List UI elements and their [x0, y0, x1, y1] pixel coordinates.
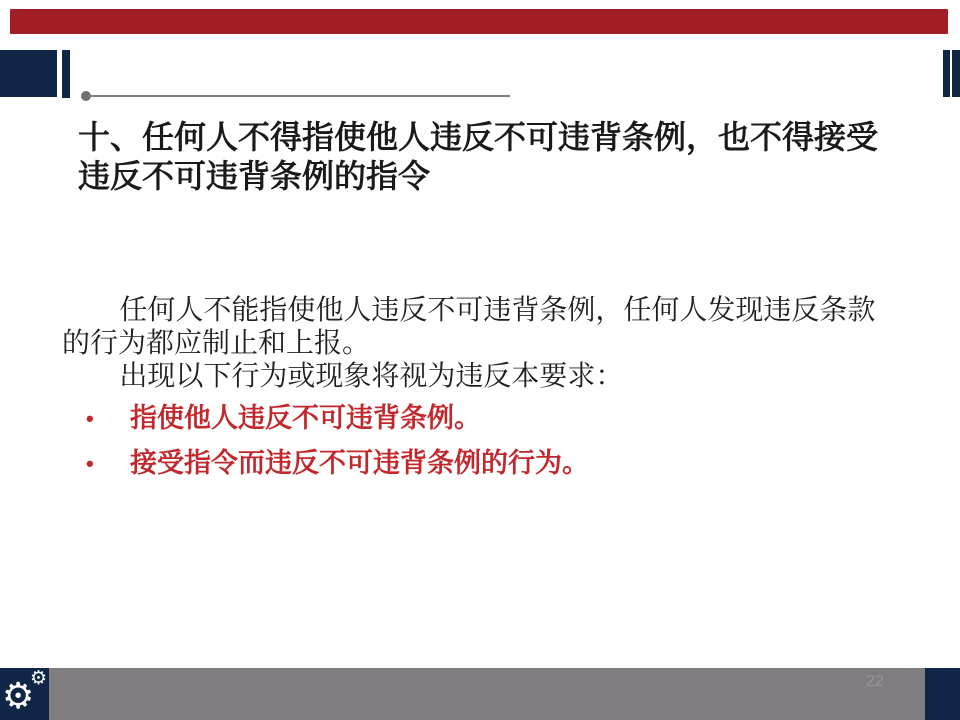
- corner-decoration-left-bar: [62, 50, 70, 98]
- corner-decoration-right-bar: [943, 50, 950, 97]
- bullet-list: • 指使他人违反不可违背条例。 • 接受指令而违反不可违背条例的行为。: [0, 402, 900, 492]
- paragraph: 出现以下行为或现象将视为违反本要求：: [62, 360, 897, 393]
- corner-decoration-left-block: [0, 50, 57, 97]
- gear-icon-small: ⚙: [30, 669, 47, 688]
- bullet-text: 指使他人违反不可违背条例。: [130, 402, 481, 435]
- body-text: 任何人不能指使他人违反不可违背条例，任何人发现违反条款的行为都应制止和上报。 出…: [62, 294, 897, 393]
- bullet-marker: •: [86, 402, 130, 435]
- footer-bar: [0, 668, 960, 720]
- slide: 十、任何人不得指使他人违反不可违背条例，也不得接受 违反不可违背条例的指令 任何…: [0, 0, 960, 720]
- bullet-item: • 接受指令而违反不可违背条例的行为。: [0, 447, 900, 480]
- corner-decoration-right-block: [952, 50, 960, 97]
- gear-logo: ⚙ ⚙: [0, 668, 49, 720]
- bullet-item: • 指使他人违反不可违背条例。: [0, 402, 900, 435]
- footer-corner-right: [925, 668, 960, 720]
- slide-title-line-1: 十、任何人不得指使他人违反不可违背条例，也不得接受: [78, 118, 938, 157]
- top-accent-bar: [10, 9, 948, 34]
- slide-title: 十、任何人不得指使他人违反不可违背条例，也不得接受 违反不可违背条例的指令: [78, 118, 938, 196]
- paragraph: 任何人不能指使他人违反不可违背条例，任何人发现违反条款的行为都应制止和上报。: [62, 294, 897, 360]
- bullet-marker: •: [86, 447, 130, 480]
- bullet-text: 接受指令而违反不可违背条例的行为。: [130, 447, 589, 480]
- page-number: 22: [866, 672, 884, 692]
- rule-line: [88, 95, 510, 97]
- slide-title-line-2: 违反不可违背条例的指令: [78, 157, 938, 196]
